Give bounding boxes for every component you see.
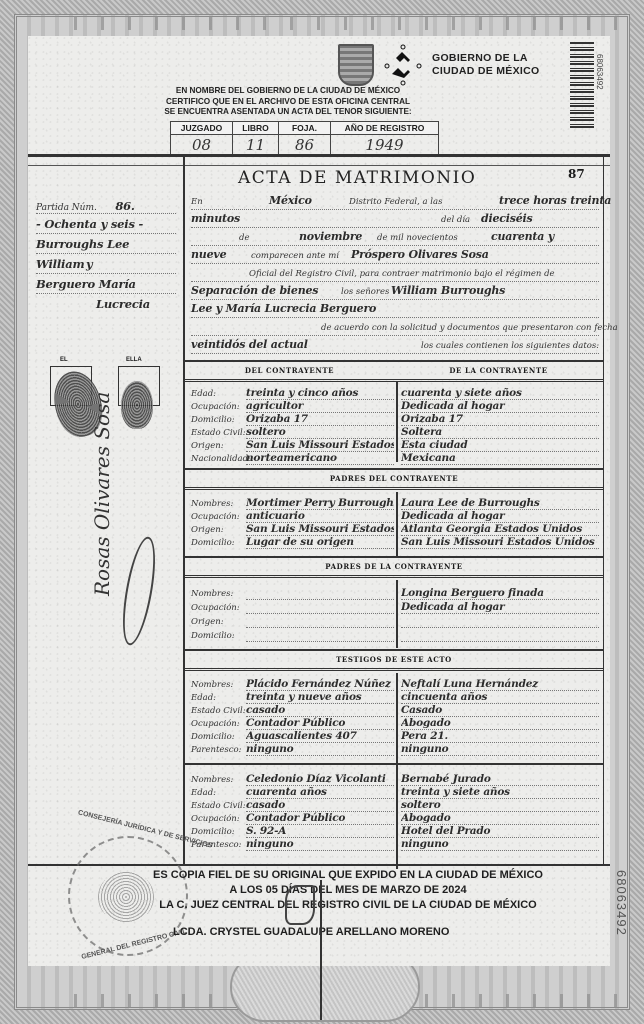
field-label: Parentesco: — [191, 745, 242, 755]
barcode-number: 68063492 — [595, 54, 604, 90]
field-label: Origen: — [191, 617, 224, 627]
field-value-ella: Mexicana — [401, 452, 599, 465]
field-label: Origen: — [191, 525, 224, 535]
field-label: Estado Civil: — [191, 428, 246, 438]
partida-line: Burroughs Lee William — [36, 234, 176, 254]
field-value-testigo-1: S. 92-A — [246, 825, 394, 838]
value-minutes: minutos — [191, 212, 240, 225]
field-value-testigo-2: Hotel del Prado — [401, 825, 599, 838]
government-name-line1: GOBIERNO DE LA — [432, 52, 539, 65]
preamble-line-3: de noviembre de mil novecientos cuarenta… — [191, 230, 599, 246]
signatory-name: LCDA. CRYSTEL GUADALUPE ARELLANO MORENO — [128, 926, 488, 938]
field-value-madre: San Luis Missouri Estados Unidos — [401, 536, 599, 549]
preamble-line-5: Oficial del Registro Civil, para contrae… — [191, 266, 599, 282]
preamble-line-1: En México Distrito Federal, a las trece … — [191, 194, 599, 210]
registry-table: JUZGADO LIBRO FOJA. AÑO DE REGISTRO 08 1… — [170, 121, 439, 155]
field-label: Ocupación: — [191, 512, 240, 522]
certification-line-2: A LOS 05 DÍAS DEL MES DE MARZO DE 2024 — [88, 884, 608, 896]
value-regimen: Separación de bienes — [191, 284, 318, 297]
field-label: Ocupación: — [191, 719, 240, 729]
field-value-padre — [246, 601, 394, 614]
section-header-padres-contrayente-ella: PADRES DE LA CONTRAYENTE — [185, 556, 603, 578]
header-ano-registro: AÑO DE REGISTRO — [331, 122, 439, 135]
field-label: Edad: — [191, 693, 216, 703]
field-value-madre: Longina Berguero finada — [401, 587, 599, 600]
padres-row: Ocupación: Dedicada al hogar — [191, 602, 601, 616]
field-label: Nombres: — [191, 499, 233, 509]
field-value-testigo-2: Bernabé Jurado — [401, 773, 599, 786]
field-value-testigo-2: Casado — [401, 704, 599, 717]
field-value-padre — [246, 629, 394, 642]
field-value-testigo-2: ninguno — [401, 838, 599, 851]
label-year: de mil novecientos — [377, 233, 458, 243]
cert-line-1: EN NOMBRE DEL GOBIERNO DE LA CIUDAD DE M… — [138, 86, 438, 97]
partida-line: Berguero María — [36, 274, 176, 294]
field-value-ella: Orizaba 17 — [401, 413, 599, 426]
document-title: ACTA DE MATRIMONIO — [238, 168, 476, 188]
value-place: México — [269, 194, 312, 207]
preamble-line-4: nueve comparecen ante mí Próspero Olivar… — [191, 248, 599, 264]
field-value-testigo-2: Abogado — [401, 717, 599, 730]
field-label: Domicilio: — [191, 631, 235, 641]
label-distrito: Distrito Federal, a las — [349, 197, 442, 207]
field-value-testigo-2: Pera 21. — [401, 730, 599, 743]
partida-column: Partida Núm. 86. - Ochenta y seis - Burr… — [36, 196, 176, 314]
field-label: Edad: — [191, 788, 216, 798]
value-foja: 86 — [279, 135, 331, 155]
field-value-padre: Lugar de su origen — [246, 536, 394, 549]
field-value-el: treinta y cinco años — [246, 387, 394, 400]
padres-row: Nombres: Longina Berguero finada — [191, 588, 601, 602]
value-month: noviembre — [299, 230, 362, 243]
field-label: Nombres: — [191, 775, 233, 785]
field-value-testigo-2: Abogado — [401, 812, 599, 825]
divider — [28, 154, 610, 157]
value-spouses: William Burroughs — [391, 284, 505, 297]
preamble-line-7: Lee y María Lucrecia Berguero — [191, 302, 599, 318]
field-label: Domicilio: — [191, 827, 235, 837]
government-name: GOBIERNO DE LA CIUDAD DE MÉXICO — [432, 52, 539, 78]
fingerprint-label-el: EL — [60, 357, 68, 363]
divider — [28, 165, 610, 166]
preamble-line-6: Separación de bienes los señores William… — [191, 284, 599, 300]
certification-line-3: LA C. JUEZ CENTRAL DEL REGISTRO CIVIL DE… — [88, 899, 608, 911]
field-value-el: Orizaba 17 — [246, 413, 394, 426]
padres-row: Domicilio: Lugar de su origen San Luis M… — [191, 537, 601, 551]
section-header-testigos: TESTIGOS DE ESTE ACTO — [185, 649, 603, 671]
label-cuales: los cuales contienen los siguientes dato… — [421, 341, 599, 351]
preamble-line-2: minutos del día dieciséis — [191, 212, 599, 228]
header-del-contrayente: DEL CONTRAYENTE — [185, 362, 394, 379]
testigo-row: Parentesco: ninguno ninguno — [191, 839, 601, 853]
field-value-padre: anticuario — [246, 510, 394, 523]
field-value-testigo-1: Contador Público — [246, 812, 394, 825]
field-value-el: norteamericano — [246, 452, 394, 465]
field-value-testigo-1: casado — [246, 799, 394, 812]
field-value-testigo-2: treinta y siete años — [401, 786, 599, 799]
field-value-testigo-1: Aguascalientes 407 — [246, 730, 394, 743]
field-value-madre — [401, 629, 599, 642]
value-day: dieciséis — [481, 212, 533, 225]
value-year: cuarenta y — [491, 230, 554, 243]
field-value-testigo-1: Contador Público — [246, 717, 394, 730]
field-value-testigo-2: cincuenta años — [401, 691, 599, 704]
judge-signature-loop — [285, 885, 315, 925]
field-value-testigo-1: cuarenta años — [246, 786, 394, 799]
header-libro: LIBRO — [233, 122, 279, 135]
partida-label: Partida Núm. — [36, 203, 97, 213]
preamble-line-8: de acuerdo con la solicitud y documentos… — [191, 320, 599, 336]
label-senores: los señores — [341, 287, 389, 297]
label-del-dia: del día — [441, 215, 470, 225]
field-label: Nombres: — [191, 589, 233, 599]
label-comparecen: comparecen ante mí — [251, 251, 339, 261]
field-value-testigo-2: ninguno — [401, 743, 599, 756]
right-border — [603, 154, 604, 866]
official-signature-loop — [117, 535, 162, 648]
value-ano-registro: 1949 — [331, 135, 439, 155]
certification-line-1: ES COPIA FIEL DE SU ORIGINAL QUE EXPIDO … — [88, 869, 608, 881]
field-label: Nacionalidad: — [191, 454, 251, 464]
partida-line: Lucrecia — [36, 294, 176, 314]
field-value-el: soltero — [246, 426, 394, 439]
greek-key-top — [60, 16, 624, 30]
government-name-line2: CIUDAD DE MÉXICO — [432, 65, 539, 78]
field-value-testigo-1: Plácido Fernández Núñez — [246, 678, 394, 691]
field-label: Domicilio: — [191, 538, 235, 548]
field-label: Estado Civil: — [191, 801, 246, 811]
value-hour: trece horas treinta — [499, 194, 611, 207]
cdmx-coat-of-arms-icon — [338, 44, 374, 86]
field-value-testigo-1: Celedonio Díaz Vicolanti — [246, 773, 394, 786]
field-value-testigo-1: treinta y nueve años — [246, 691, 394, 704]
cert-line-3: SE ENCUENTRA ASENTADA UN ACTA DEL TENOR … — [138, 107, 438, 118]
field-value-testigo-1: ninguno — [246, 838, 394, 851]
label-en: En — [191, 197, 203, 207]
certificate-paper: GOBIERNO DE LA CIUDAD DE MÉXICO 68063492… — [28, 36, 610, 966]
field-value-testigo-1: casado — [246, 704, 394, 717]
padres-row: Origen: — [191, 616, 601, 630]
section-header-contrayentes: DEL CONTRAYENTE DE LA CONTRAYENTE — [185, 360, 603, 382]
judge-signature-stroke — [320, 880, 322, 1020]
field-label: Origen: — [191, 441, 224, 451]
field-label: Ocupación: — [191, 603, 240, 613]
fingerprint-label-ella: ELLA — [126, 357, 142, 363]
field-value-ella: Esta ciudad — [401, 439, 599, 452]
field-value-testigo-1: ninguno — [246, 743, 394, 756]
partida-number: 86. — [115, 199, 134, 213]
registry-table-values: 08 11 86 1949 — [171, 135, 439, 155]
page-number: 87 — [568, 167, 585, 181]
registry-table-header: JUZGADO LIBRO FOJA. AÑO DE REGISTRO — [171, 122, 439, 135]
side-serial-number: 68063492 — [614, 870, 629, 936]
field-label: Ocupación: — [191, 402, 240, 412]
cert-line-2: CERTIFICO QUE EN EL ARCHIVO DE ESTA OFIC… — [138, 97, 438, 108]
field-label: Estado Civil: — [191, 706, 246, 716]
divider — [185, 763, 603, 766]
field-value-madre — [401, 615, 599, 628]
testigo-row: Parentesco: ninguno ninguno — [191, 744, 601, 758]
field-value-el: agricultor — [246, 400, 394, 413]
preamble-line-9: veintidós del actual los cuales contiene… — [191, 338, 599, 354]
field-value-madre: Atlanta Georgia Estados Unidos — [401, 523, 599, 536]
field-value-testigo-2: Neftalí Luna Hernández — [401, 678, 599, 691]
cdmx-government-logo-icon — [382, 44, 424, 86]
field-label: Ocupación: — [191, 814, 240, 824]
field-value-testigo-2: soltero — [401, 799, 599, 812]
field-value-ella: Soltera — [401, 426, 599, 439]
certification-statement: EN NOMBRE DEL GOBIERNO DE LA CIUDAD DE M… — [138, 86, 438, 118]
field-value-ella: cuarenta y siete años — [401, 387, 599, 400]
value-spouses-2: Lee y María Lucrecia Berguero — [191, 302, 376, 315]
label-oficial: Oficial del Registro Civil, para contrae… — [249, 269, 555, 279]
field-label: Nombres: — [191, 680, 233, 690]
field-value-padre — [246, 587, 394, 600]
field-value-padre: San Luis Missouri Estados Unidos — [246, 523, 394, 536]
field-label: Edad: — [191, 389, 216, 399]
section-header-padres-contrayente: PADRES DEL CONTRAYENTE — [185, 468, 603, 490]
contrayente-row: Nacionalidad: norteamericano Mexicana — [191, 453, 601, 467]
field-value-ella: Dedicada al hogar — [401, 400, 599, 413]
value-libro: 11 — [233, 135, 279, 155]
field-value-el: San Luis Missouri Estados Unidos — [246, 439, 394, 452]
label-acuerdo: de acuerdo con la solicitud y documentos… — [321, 323, 618, 333]
field-value-padre — [246, 615, 394, 628]
header-foja: FOJA. — [279, 122, 331, 135]
field-value-madre: Dedicada al hogar — [401, 601, 599, 614]
official-signature: Rosas Olivares Sosa — [90, 392, 114, 596]
value-juzgado: 08 — [171, 135, 233, 155]
padres-row: Domicilio: — [191, 630, 601, 644]
field-label: Domicilio: — [191, 415, 235, 425]
header-juzgado: JUZGADO — [171, 122, 233, 135]
value-year-2: nueve — [191, 248, 226, 261]
barcode-icon — [570, 42, 594, 128]
fingerprint-ella-icon — [121, 381, 153, 429]
field-value-madre: Dedicada al hogar — [401, 510, 599, 523]
field-value-padre: Mortimer Perry Burroughs — [246, 497, 394, 510]
value-fecha: veintidós del actual — [191, 338, 308, 351]
label-de: de — [239, 233, 249, 243]
header-de-la-contrayente: DE LA CONTRAYENTE — [394, 362, 603, 379]
column-divider — [183, 154, 185, 866]
partida-line: - Ochenta y seis - — [36, 214, 176, 234]
field-value-madre: Laura Lee de Burroughs — [401, 497, 599, 510]
value-official: Próspero Olivares Sosa — [351, 248, 489, 261]
field-label: Domicilio: — [191, 732, 235, 742]
header-logos: GOBIERNO DE LA CIUDAD DE MÉXICO — [338, 44, 539, 86]
